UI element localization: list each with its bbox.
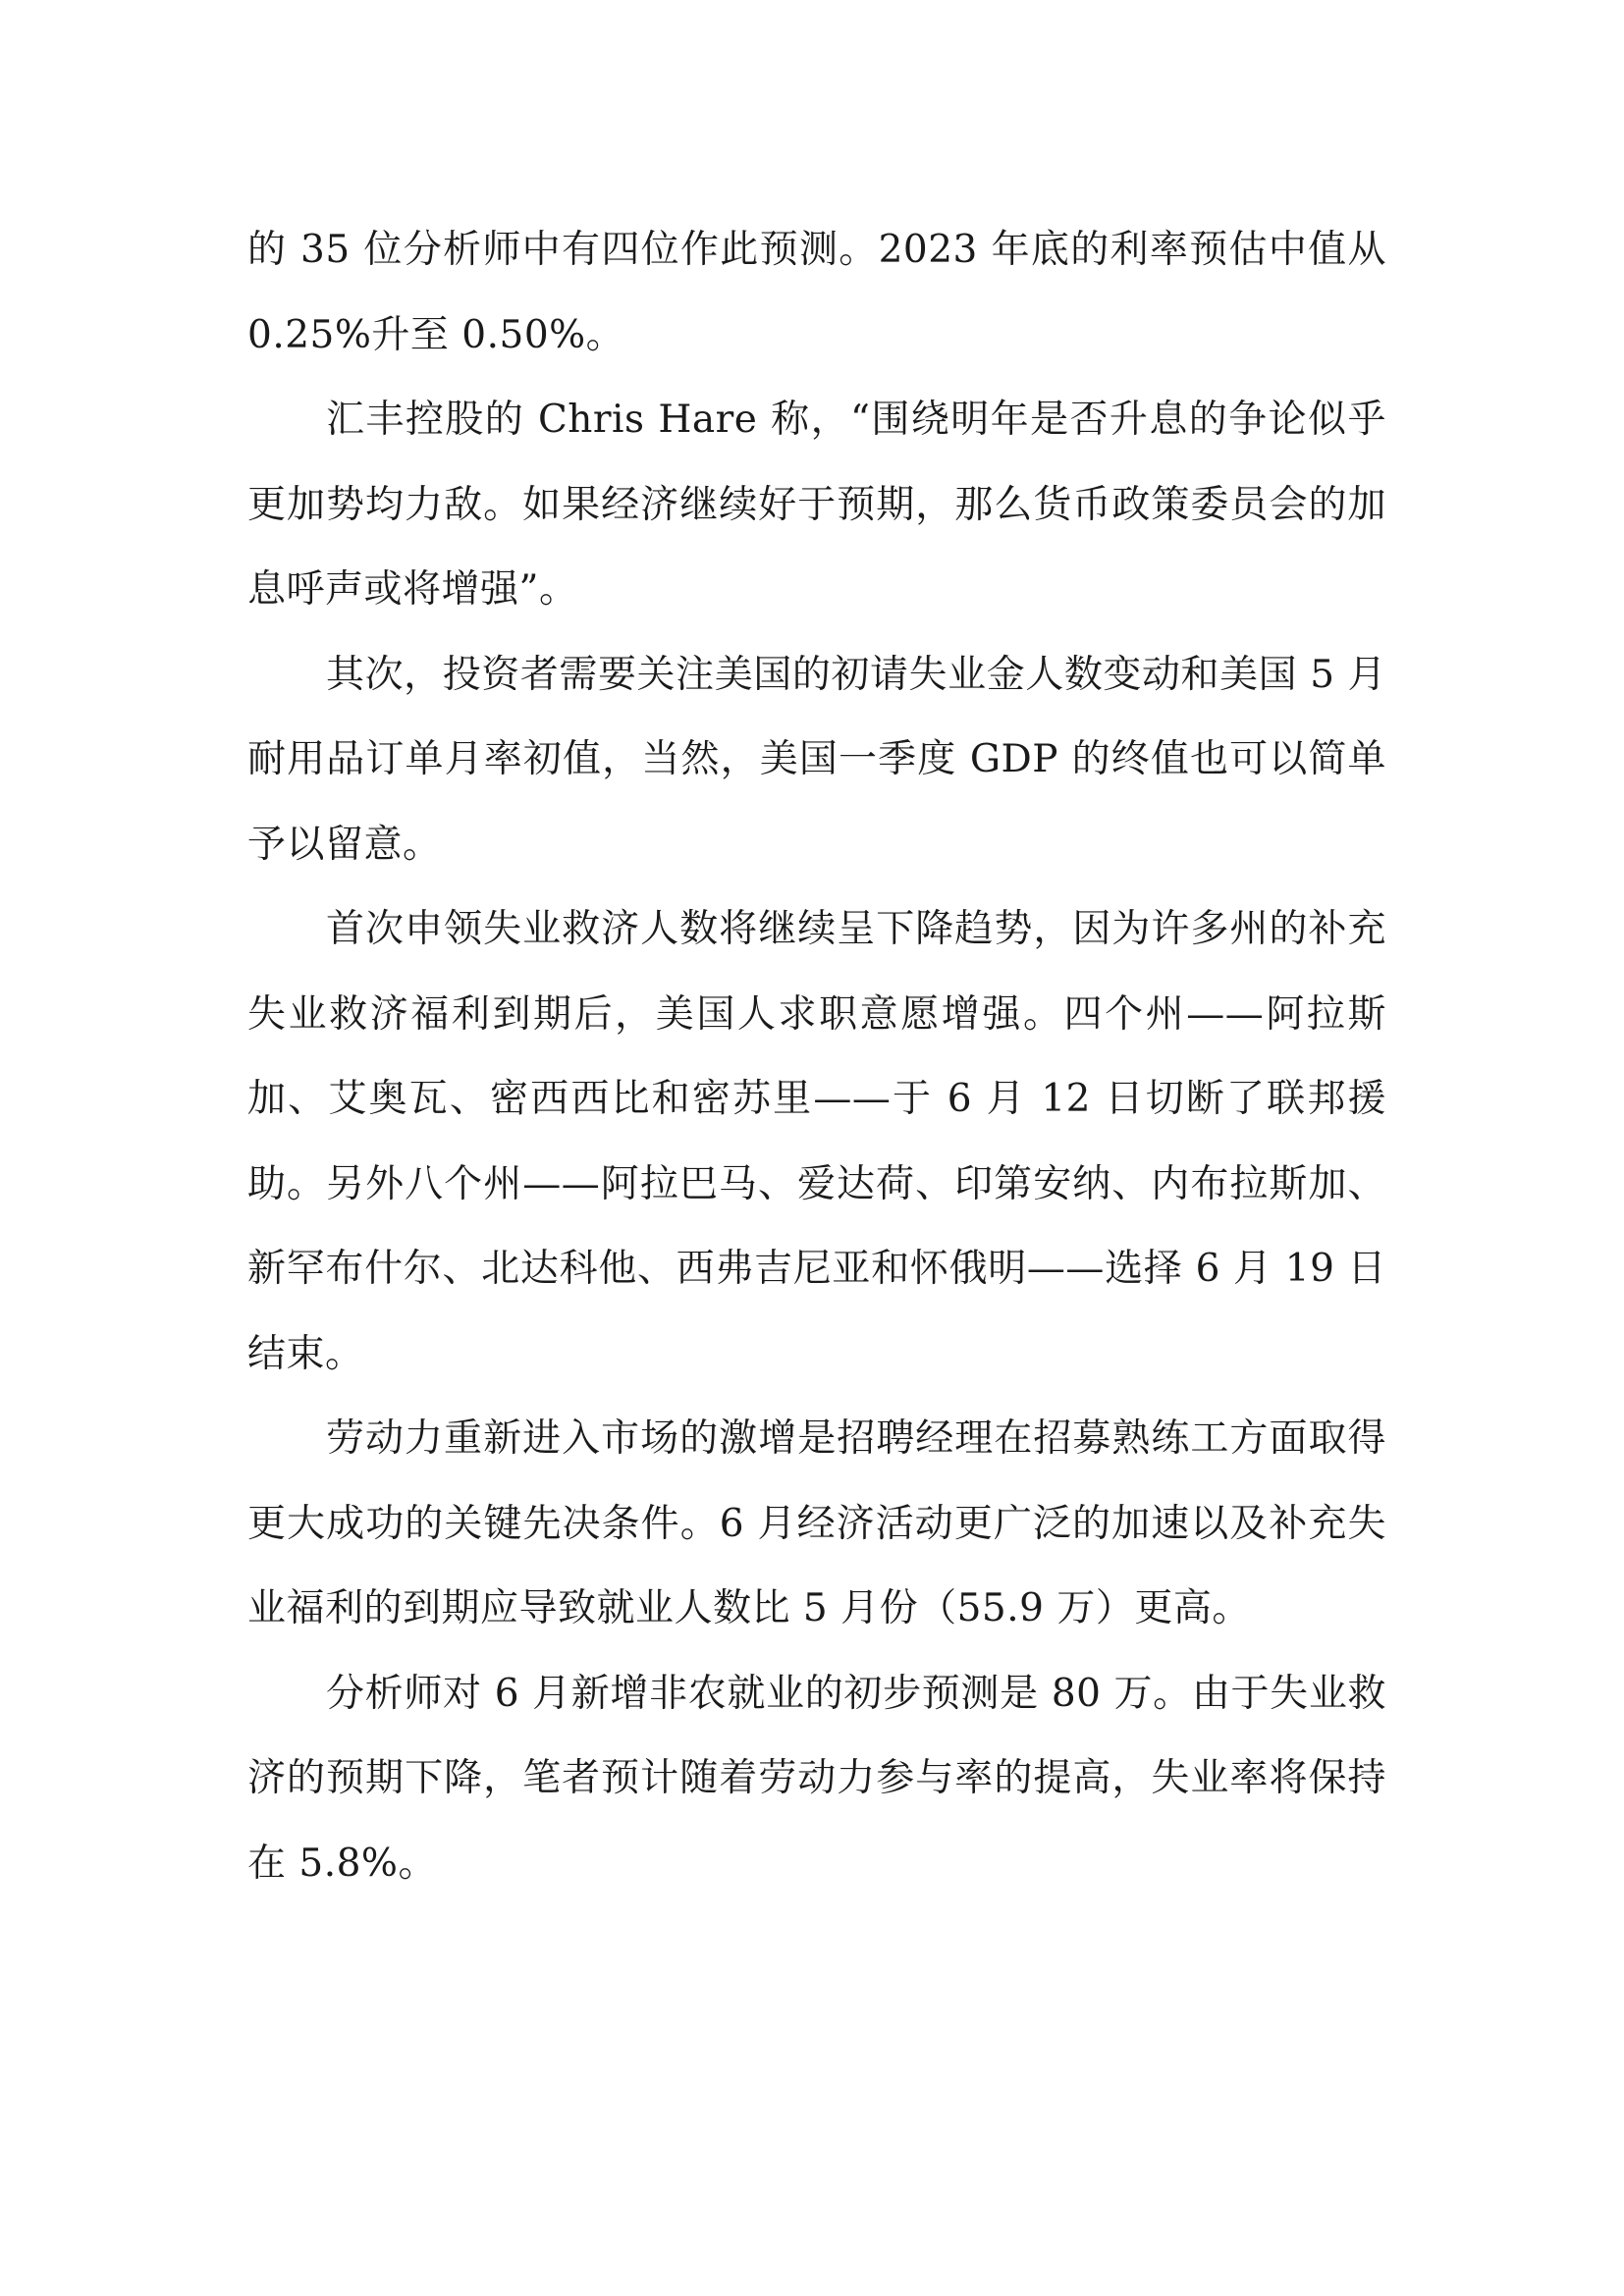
- document-page: 的 35 位分析师中有四位作此预测。2023 年底的利率预估中值从 0.25%升…: [247, 208, 1386, 1906]
- paragraph-nonfarm-forecast: 分析师对 6 月新增非农就业的初步预测是 80 万。由于失业救济的预期下降，笔者…: [247, 1652, 1386, 1907]
- paragraph-us-data-focus: 其次，投资者需要关注美国的初请失业金人数变动和美国 5 月耐用品订单月率初值，当…: [247, 633, 1386, 888]
- paragraph-rate-forecast: 的 35 位分析师中有四位作此预测。2023 年底的利率预估中值从 0.25%升…: [247, 208, 1386, 378]
- paragraph-jobless-claims: 首次申领失业救济人数将继续呈下降趋势，因为许多州的补充失业救济福利到期后，美国人…: [247, 887, 1386, 1397]
- paragraph-hsbc-quote: 汇丰控股的 Chris Hare 称，“围绕明年是否升息的争论似乎更加势均力敌。…: [247, 378, 1386, 633]
- paragraph-labor-force: 劳动力重新进入市场的激增是招聘经理在招募熟练工方面取得更大成功的关键先决条件。6…: [247, 1397, 1386, 1652]
